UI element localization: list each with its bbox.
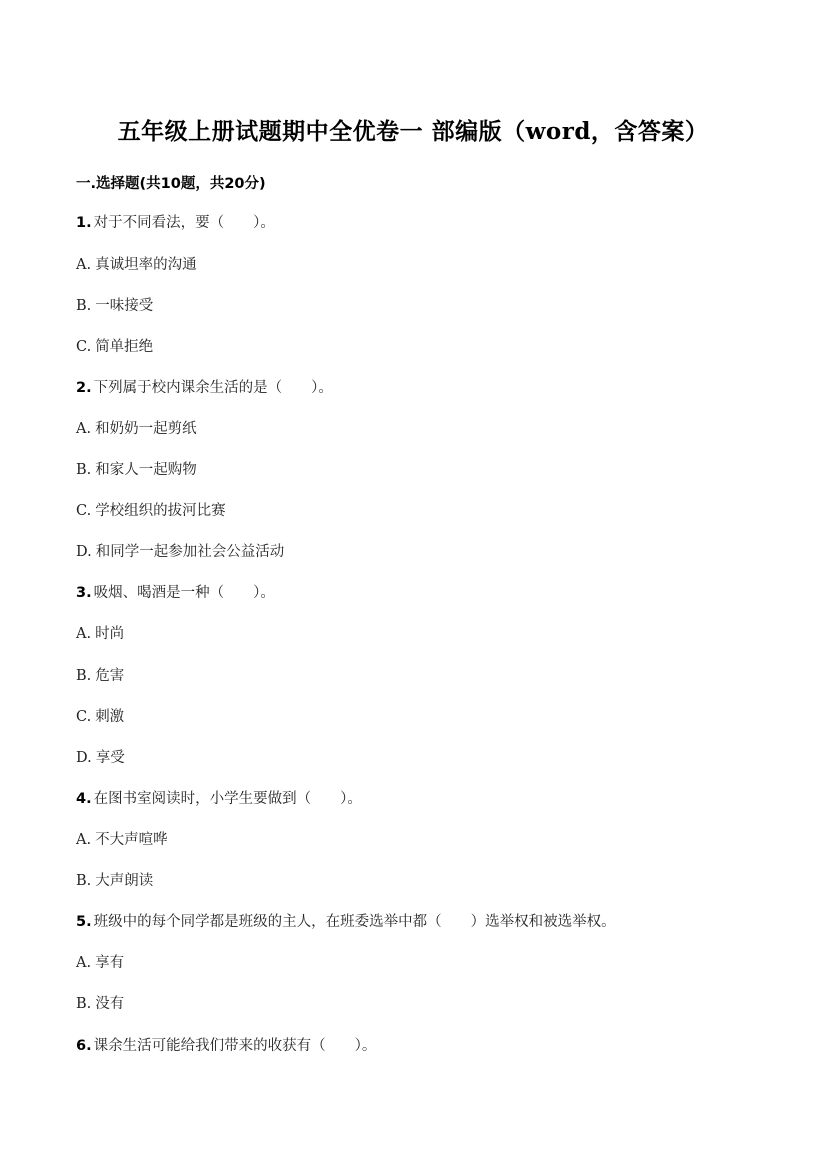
document-title: 五年级上册试题期中全优卷一 部编版（word，含答案） [0,113,826,146]
question-number: 6. [76,1038,92,1054]
option-text: 大声朗读 [95,873,153,889]
option-label: B. [76,462,91,478]
question-4-option-b: B.大声朗读 [76,869,153,890]
option-label: D. [76,750,92,766]
question-4: 4.在图书室阅读时，小学生要做到（ ）。 [76,787,362,808]
option-label: B. [76,873,91,889]
option-label: C. [76,503,91,519]
question-1: 1.对于不同看法，要（ ）。 [76,211,275,232]
option-label: D. [76,544,92,560]
question-text: 下列属于校内课余生活的是（ ）。 [94,380,333,396]
option-text: 不大声喧哗 [95,832,168,848]
question-2-option-b: B.和家人一起购物 [76,458,197,479]
option-label: A. [76,421,91,437]
option-text: 和奶奶一起剪纸 [95,421,197,437]
question-5-option-b: B.没有 [76,992,124,1013]
question-1-option-a: A.真诚坦率的沟通 [76,253,197,274]
question-2-option-d: D.和同学一起参加社会公益活动 [76,540,284,561]
option-text: 没有 [95,996,124,1012]
option-label: A. [76,955,91,971]
question-3-option-a: A.时尚 [76,622,124,643]
question-number: 1. [76,215,92,231]
option-text: 享受 [96,750,125,766]
question-text: 班级中的每个同学都是班级的主人，在班委选举中都（ ）选举权和被选举权。 [94,914,616,930]
question-text: 吸烟、喝酒是一种（ ）。 [94,585,275,601]
option-label: C. [76,339,91,355]
option-text: 一味接受 [95,298,153,314]
section-heading: 一.选择题(共10题，共20分) [76,172,266,193]
option-label: B. [76,668,91,684]
question-3: 3.吸烟、喝酒是一种（ ）。 [76,581,275,602]
option-label: A. [76,626,91,642]
question-text: 对于不同看法，要（ ）。 [94,215,275,231]
option-label: B. [76,298,91,314]
question-3-option-c: C.刺激 [76,705,124,726]
option-text: 和同学一起参加社会公益活动 [96,544,285,560]
option-label: A. [76,257,91,273]
question-3-option-d: D.享受 [76,746,125,767]
question-4-option-a: A.不大声喧哗 [76,828,168,849]
option-text: 刺激 [95,709,124,725]
option-text: 和家人一起购物 [95,462,197,478]
question-2: 2.下列属于校内课余生活的是（ ）。 [76,376,333,397]
option-text: 简单拒绝 [95,339,153,355]
option-label: C. [76,709,91,725]
document-page: 五年级上册试题期中全优卷一 部编版（word，含答案） 一.选择题(共10题，共… [0,0,826,1169]
question-number: 5. [76,914,92,930]
question-5: 5.班级中的每个同学都是班级的主人，在班委选举中都（ ）选举权和被选举权。 [76,910,616,931]
question-2-option-c: C.学校组织的拔河比赛 [76,499,226,520]
question-1-option-c: C.简单拒绝 [76,335,153,356]
question-text: 在图书室阅读时，小学生要做到（ ）。 [94,791,362,807]
question-number: 2. [76,380,92,396]
option-text: 学校组织的拔河比赛 [95,503,226,519]
option-text: 危害 [95,668,124,684]
question-number: 4. [76,791,92,807]
question-number: 3. [76,585,92,601]
question-2-option-a: A.和奶奶一起剪纸 [76,417,197,438]
question-3-option-b: B.危害 [76,664,124,685]
option-text: 时尚 [95,626,124,642]
option-label: B. [76,996,91,1012]
option-label: A. [76,832,91,848]
question-text: 课余生活可能给我们带来的收获有（ ）。 [94,1038,377,1054]
question-1-option-b: B.一味接受 [76,294,153,315]
option-text: 真诚坦率的沟通 [95,257,197,273]
question-5-option-a: A.享有 [76,951,124,972]
question-6: 6.课余生活可能给我们带来的收获有（ ）。 [76,1034,376,1055]
option-text: 享有 [95,955,124,971]
